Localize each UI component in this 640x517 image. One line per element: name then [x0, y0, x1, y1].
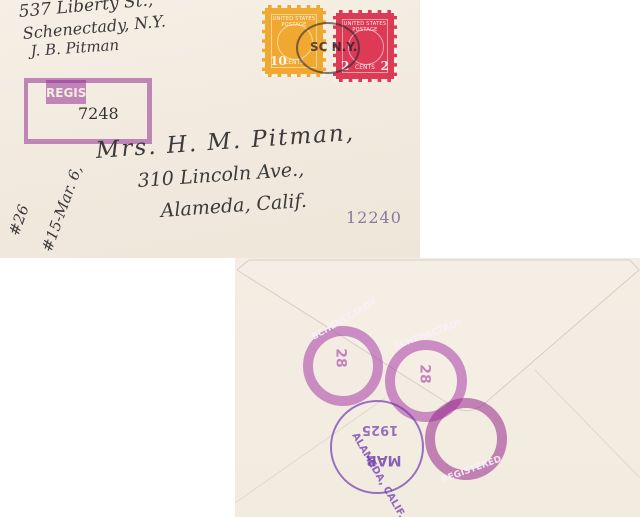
- side-note-2: #15-Mar. 6,: [38, 163, 86, 254]
- registration-label: REGIS: [46, 80, 86, 104]
- postmark-date: 28: [333, 348, 349, 367]
- side-note-1: #26: [5, 202, 33, 238]
- postmark-year: 1925: [362, 422, 398, 437]
- postmark-date: 28: [417, 364, 433, 383]
- recipient-street: 310 Lincoln Ave.,: [137, 158, 305, 192]
- cancellation-text: SC N.Y.: [310, 40, 358, 54]
- envelope-front: 537 Liberty St., Schenectady, N.Y. J. B.…: [0, 0, 420, 258]
- recipient-city: Alameda, Calif.: [160, 190, 308, 222]
- registration-number: 7248: [78, 104, 119, 123]
- registration-label-text: REGIS: [46, 86, 86, 100]
- serial-number: 12240: [346, 208, 402, 227]
